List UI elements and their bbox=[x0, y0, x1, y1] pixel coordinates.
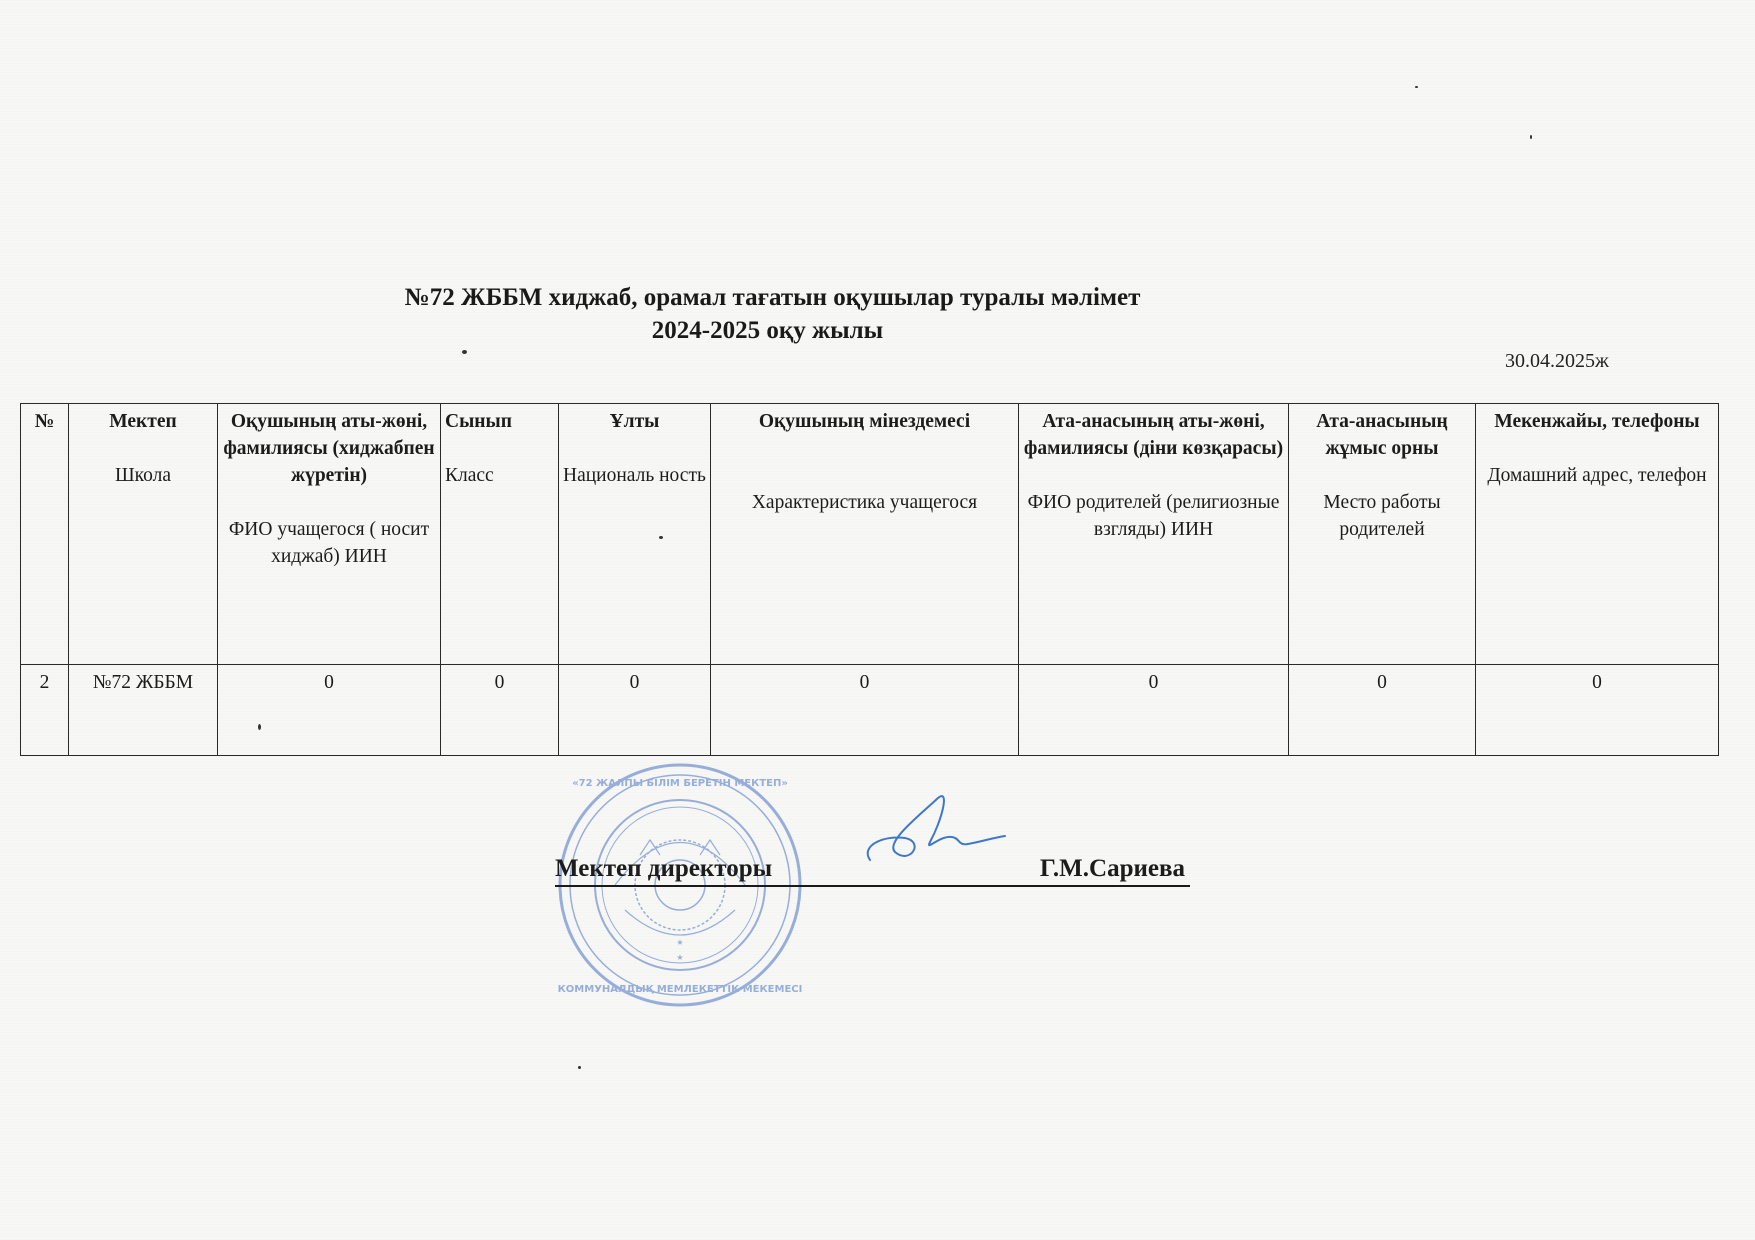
svg-text:«72 ЖАЛПЫ БІЛІМ БЕРЕТІН МЕКТЕП: «72 ЖАЛПЫ БІЛІМ БЕРЕТІН МЕКТЕП» bbox=[572, 778, 788, 789]
cell-number: 2 bbox=[21, 665, 69, 756]
cell-parents-name: 0 bbox=[1019, 665, 1289, 756]
cell-student-name: 0 bbox=[218, 665, 441, 756]
header-parents-workplace: Ата-анасының жұмыс орны Место работы род… bbox=[1289, 404, 1476, 665]
svg-text:★: ★ bbox=[676, 953, 683, 962]
director-role-label: Мектеп директоры bbox=[555, 855, 772, 883]
svg-text:КОММУНАЛДЫҚ МЕМЛЕКЕТТІК МЕКЕМЕ: КОММУНАЛДЫҚ МЕМЛЕКЕТТІК МЕКЕМЕСІ bbox=[558, 984, 803, 995]
document-date: 30.04.2025ж bbox=[1505, 350, 1609, 373]
director-signature-line: Мектеп директоры Г.М.Сариева bbox=[555, 855, 1190, 887]
scan-speck bbox=[1415, 86, 1418, 88]
scan-speck bbox=[1530, 135, 1532, 139]
header-characteristic: Оқушының мінездемесі Характеристика учащ… bbox=[711, 404, 1019, 665]
table-header-row: № Мектеп Школа Оқушының аты-жөні, фамили… bbox=[21, 404, 1719, 665]
cell-school: №72 ЖББМ bbox=[69, 665, 218, 756]
cell-address-phone: 0 bbox=[1476, 665, 1719, 756]
cell-nationality: 0 bbox=[559, 665, 711, 756]
cell-parents-workplace: 0 bbox=[1289, 665, 1476, 756]
cell-characteristic: 0 bbox=[711, 665, 1019, 756]
scan-speck bbox=[578, 1066, 581, 1069]
scan-speck bbox=[258, 724, 261, 730]
header-class: Сынып Класс bbox=[441, 404, 559, 665]
document-title: №72 ЖББМ хиджаб, орамал тағатын оқушылар… bbox=[0, 285, 1650, 310]
header-nationality: Ұлты Националь ность bbox=[559, 404, 711, 665]
table-row: 2 №72 ЖББМ 0 0 0 0 0 0 0 bbox=[21, 665, 1719, 756]
header-parents-name: Ата-анасының аты-жөні, фамилиясы (діни к… bbox=[1019, 404, 1289, 665]
students-report-table: № Мектеп Школа Оқушының аты-жөні, фамили… bbox=[20, 403, 1719, 756]
header-student-name: Оқушының аты-жөні, фамилиясы (хиджабпен … bbox=[218, 404, 441, 665]
scan-speck bbox=[659, 536, 663, 539]
director-name: Г.М.Сариева bbox=[1040, 855, 1185, 883]
svg-text:★: ★ bbox=[676, 938, 683, 947]
header-number: № bbox=[21, 404, 69, 665]
cell-class: 0 bbox=[441, 665, 559, 756]
document-subtitle-year: 2024-2025 оқу жылы bbox=[0, 318, 1645, 343]
header-address-phone: Мекенжайы, телефоны Домашний адрес, теле… bbox=[1476, 404, 1719, 665]
scan-speck bbox=[462, 350, 467, 354]
header-school: Мектеп Школа bbox=[69, 404, 218, 665]
